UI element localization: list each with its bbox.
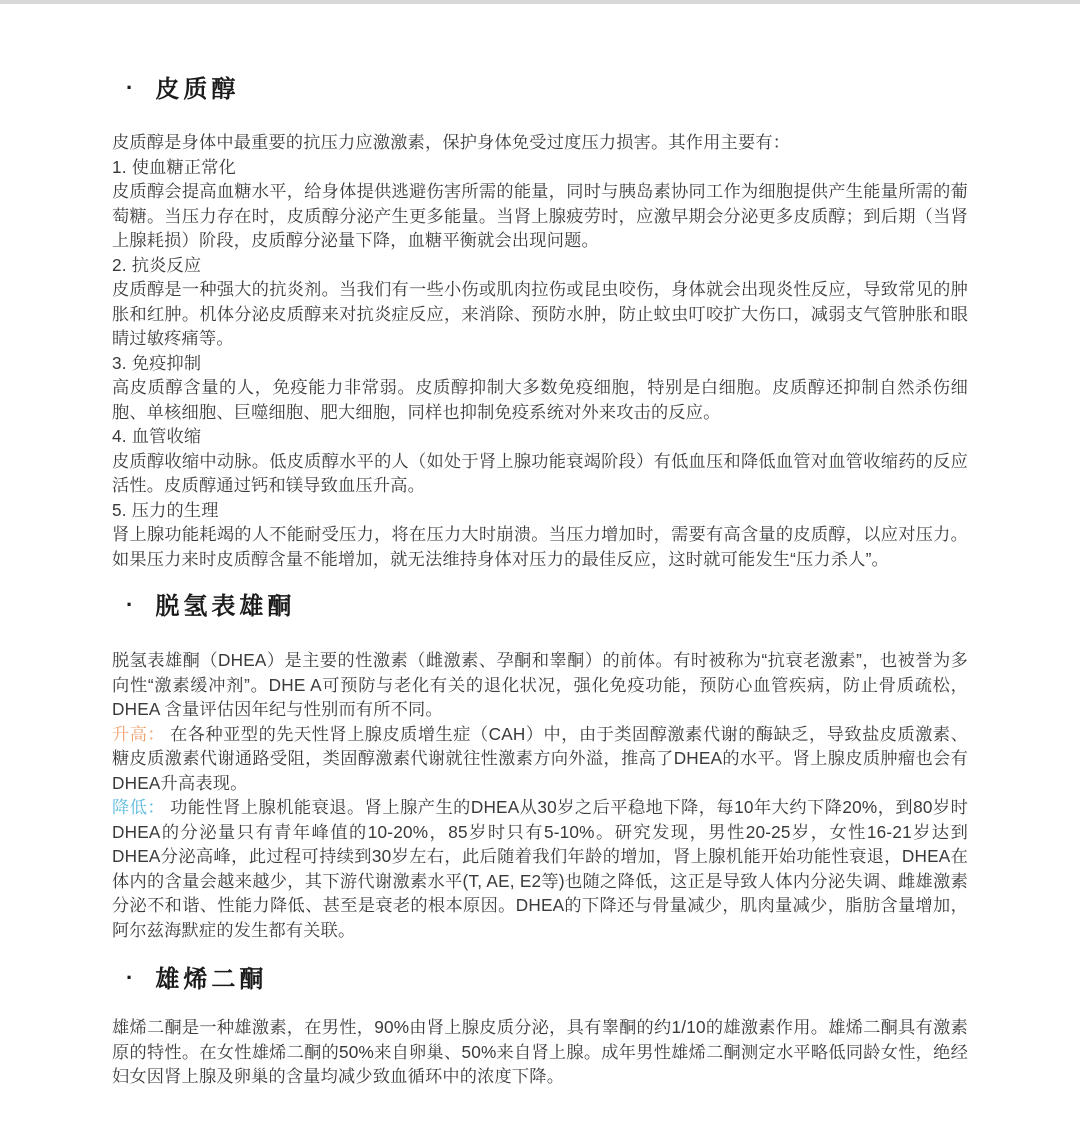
section-heading-androstenedione: · 雄烯二酮 bbox=[112, 964, 968, 996]
section-body: 脱氢表雄酮（DHEA）是主要的性激素（雌激素、孕酮和睾酮）的前体。有时被称为“抗… bbox=[112, 648, 968, 942]
section-dhea: · 脱氢表雄酮 脱氢表雄酮（DHEA）是主要的性激素（雌激素、孕酮和睾酮）的前体… bbox=[112, 591, 968, 942]
list-item-title: 3. 免疫抑制 bbox=[112, 351, 968, 376]
list-item-title: 1. 使血糖正常化 bbox=[112, 155, 968, 180]
rise-label: 升高： bbox=[112, 724, 165, 744]
paragraph-intro: 皮质醇是身体中最重要的抗压力应激激素，保护身体免受过度压力损害。其作用主要有： bbox=[112, 130, 968, 155]
fall-text: 功能性肾上腺机能衰退。肾上腺产生的DHEA从30岁之后平稳地下降，每10年大约下… bbox=[112, 797, 968, 940]
section-body: 皮质醇是身体中最重要的抗压力应激激素，保护身体免受过度压力损害。其作用主要有： … bbox=[112, 130, 968, 571]
list-item-title: 2. 抗炎反应 bbox=[112, 253, 968, 278]
section-title: 皮质醇 bbox=[155, 74, 239, 106]
bullet-icon: · bbox=[126, 962, 133, 994]
rise-text: 在各种亚型的先天性肾上腺皮质增生症（CAH）中，由于类固醇激素代谢的酶缺乏，导致… bbox=[112, 724, 968, 793]
bullet-icon: · bbox=[126, 72, 133, 104]
fall-label: 降低： bbox=[112, 797, 165, 817]
paragraph: 雄烯二酮是一种雄激素，在男性，90%由肾上腺皮质分泌，具有睾酮的约1/10的雄激… bbox=[112, 1015, 968, 1089]
document-page: · 皮质醇 皮质醇是身体中最重要的抗压力应激激素，保护身体免受过度压力损害。其作… bbox=[0, 4, 1080, 1089]
section-androstenedione: · 雄烯二酮 雄烯二酮是一种雄激素，在男性，90%由肾上腺皮质分泌，具有睾酮的约… bbox=[112, 964, 968, 1089]
section-heading-cortisol: · 皮质醇 bbox=[112, 74, 968, 106]
paragraph: 肾上腺功能耗竭的人不能耐受压力，将在压力大时崩溃。当压力增加时，需要有高含量的皮… bbox=[112, 522, 968, 571]
paragraph: 皮质醇收缩中动脉。低皮质醇水平的人（如处于肾上腺功能衰竭阶段）有低血压和降低血管… bbox=[112, 449, 968, 498]
paragraph-fall: 降低：功能性肾上腺机能衰退。肾上腺产生的DHEA从30岁之后平稳地下降，每10年… bbox=[112, 795, 968, 942]
list-item-title: 4. 血管收缩 bbox=[112, 424, 968, 449]
bullet-icon: · bbox=[126, 589, 133, 621]
paragraph-intro: 脱氢表雄酮（DHEA）是主要的性激素（雌激素、孕酮和睾酮）的前体。有时被称为“抗… bbox=[112, 648, 968, 722]
paragraph-rise: 升高：在各种亚型的先天性肾上腺皮质增生症（CAH）中，由于类固醇激素代谢的酶缺乏… bbox=[112, 722, 968, 796]
paragraph: 皮质醇会提高血糖水平，给身体提供逃避伤害所需的能量，同时与胰岛素协同工作为细胞提… bbox=[112, 179, 968, 253]
paragraph: 皮质醇是一种强大的抗炎剂。当我们有一些小伤或肌肉拉伤或昆虫咬伤，身体就会出现炎性… bbox=[112, 277, 968, 351]
section-cortisol: · 皮质醇 皮质醇是身体中最重要的抗压力应激激素，保护身体免受过度压力损害。其作… bbox=[112, 74, 968, 571]
section-heading-dhea: · 脱氢表雄酮 bbox=[112, 591, 968, 623]
section-title: 雄烯二酮 bbox=[155, 964, 267, 996]
list-item-title: 5. 压力的生理 bbox=[112, 498, 968, 523]
section-title: 脱氢表雄酮 bbox=[155, 591, 295, 623]
section-body: 雄烯二酮是一种雄激素，在男性，90%由肾上腺皮质分泌，具有睾酮的约1/10的雄激… bbox=[112, 1015, 968, 1089]
paragraph: 高皮质醇含量的人，免疫能力非常弱。皮质醇抑制大多数免疫细胞，特别是白细胞。皮质醇… bbox=[112, 375, 968, 424]
